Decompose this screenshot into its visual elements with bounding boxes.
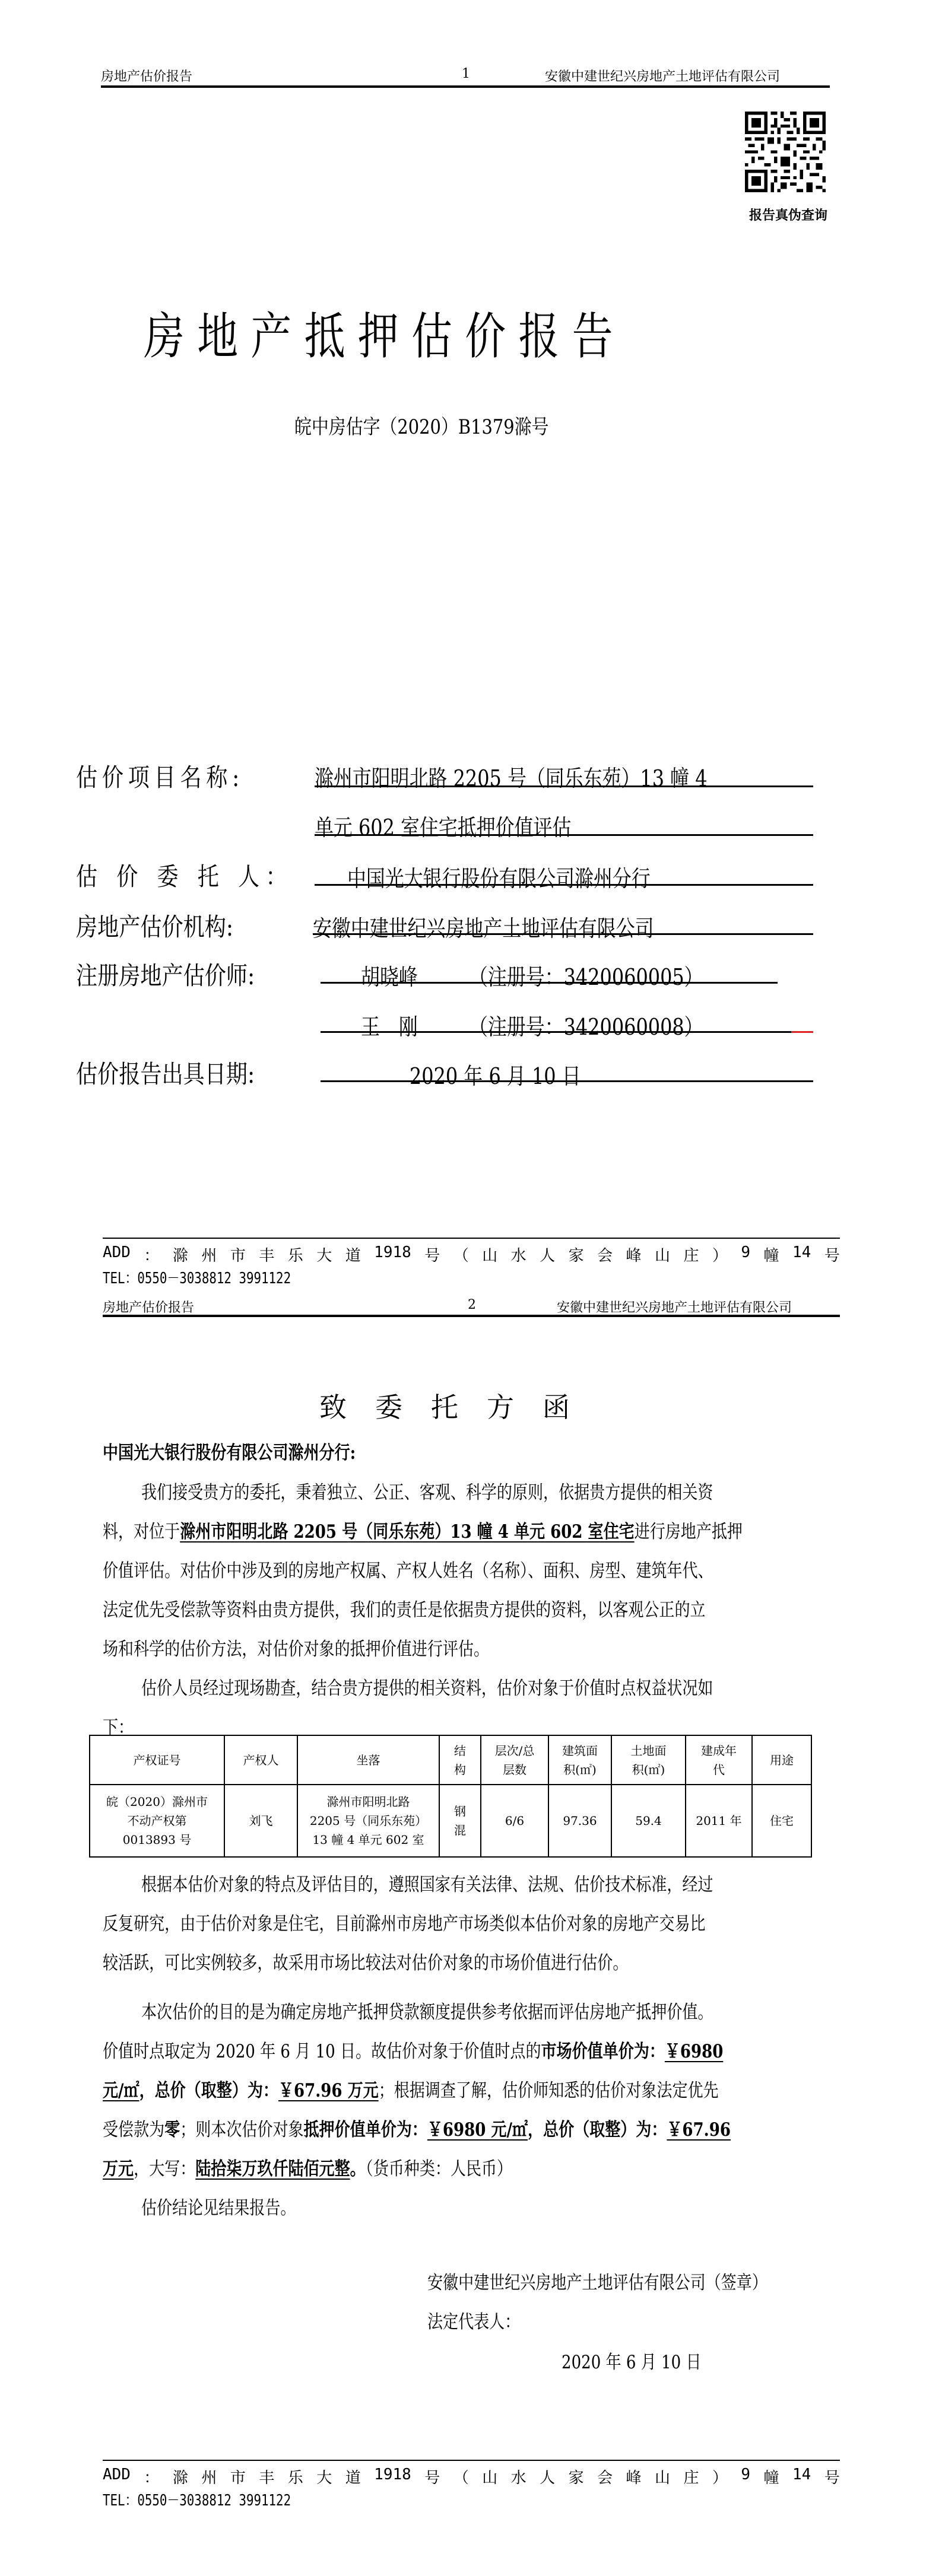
appraiser-2-reg: （注册号：3420060008） bbox=[469, 1009, 703, 1041]
red-mark bbox=[791, 1031, 813, 1033]
appraisers-label: 注册房地产估价师: bbox=[76, 956, 255, 992]
address-part: 市 bbox=[230, 2466, 246, 2488]
market-unit-price-value: ￥6980 bbox=[665, 2041, 724, 2062]
address-part: 家 bbox=[569, 2466, 584, 2488]
appraiser-2-underline bbox=[321, 1031, 791, 1033]
report-reference-number: 皖中房估字（2020）B1379滁号 bbox=[294, 411, 548, 440]
qr-code-icon[interactable] bbox=[745, 112, 826, 192]
address-part: 丰 bbox=[259, 2466, 274, 2488]
signature-company: 安徽中建世纪兴房地产土地评估有限公司（签章） bbox=[427, 2267, 767, 2294]
cell-location: 滁州市阳明北路 2205 号（同乐东苑） 13 幢 4 单元 602 室 bbox=[297, 1785, 439, 1857]
header-company: 安徽中建世纪兴房地产土地评估有限公司 bbox=[545, 66, 780, 85]
cell-land-area: 59.4 bbox=[611, 1785, 686, 1857]
text: ；则本次估价对象 bbox=[180, 2119, 303, 2141]
address-part: 滁 bbox=[173, 2466, 188, 2488]
col-header-usage: 用途 bbox=[752, 1735, 811, 1785]
report-date-underline bbox=[321, 1080, 813, 1082]
mortgage-total-unit: 万元 bbox=[103, 2158, 134, 2180]
cell-floor: 6/6 bbox=[481, 1785, 548, 1857]
address-part: 1918 bbox=[374, 1244, 411, 1265]
address-part: 峰 bbox=[626, 2466, 642, 2488]
address-part: 市 bbox=[230, 1244, 246, 1265]
text: 料，对位于 bbox=[103, 1521, 180, 1543]
para3-line2: 反复研究，由于估价对象是住宅，目前滁州市房地产市场类似本估价对象的房地产交易比 bbox=[103, 1909, 706, 1935]
header-left-title: 房地产估价报告 bbox=[101, 66, 192, 85]
mortgage-unit-price-value: ￥6980 元/㎡ bbox=[427, 2119, 528, 2141]
letter-title: 致委托方函 bbox=[319, 1386, 598, 1425]
col-header-cert-no: 产权证号 bbox=[90, 1735, 224, 1785]
address-part: 人 bbox=[540, 1244, 555, 1265]
address-part: ） bbox=[712, 2466, 728, 2488]
report-title: 房地产抵押估价报告 bbox=[144, 297, 626, 368]
project-name-value-line2: 单元 602 室住宅抵押价值评估 bbox=[315, 809, 571, 842]
address-part: 14 bbox=[792, 1244, 811, 1265]
para3-line3: 较活跃，可比实例较多，故采用市场比较法对估价对象的市场价值进行估价。 bbox=[103, 1948, 628, 1974]
cell-build-year: 2011 年 bbox=[686, 1785, 752, 1857]
para1-line3: 价值评估。对估价中涉及到的房地产权属、产权人姓名（名称）、面积、房型、建筑年代、 bbox=[103, 1556, 713, 1582]
client-label: 估 价 委 托 人： bbox=[76, 857, 293, 893]
para1-line1: 我们接受贵方的委托，秉着独立、公正、客观、科学的原则，依据贵方提供的相关资 bbox=[141, 1477, 713, 1504]
address-part: 会 bbox=[597, 2466, 613, 2488]
col-header-structure: 结 构 bbox=[439, 1735, 481, 1785]
appraiser-1-underline bbox=[321, 982, 778, 984]
client-value: 中国光大银行股份有限公司滁州分行 bbox=[347, 860, 651, 893]
address-part: 号 bbox=[824, 2466, 840, 2488]
project-name-underline-2 bbox=[315, 834, 813, 836]
cell-structure: 钢 混 bbox=[439, 1785, 481, 1857]
market-unit-price-label: 市场价值单价为： bbox=[541, 2041, 665, 2062]
col-header-location: 坐落 bbox=[297, 1735, 439, 1785]
project-name-label: 估价项目名称: bbox=[76, 758, 244, 794]
para1-line4: 法定优先受偿款等资料由贵方提供，我们的责任是依据贵方提供的资料，以客观公正的立 bbox=[103, 1595, 706, 1621]
header-page-number: 1 bbox=[462, 66, 470, 81]
col-header-land-area: 土地面 积(㎡) bbox=[611, 1735, 686, 1785]
address-part: 9 bbox=[741, 2466, 750, 2488]
address-part: ） bbox=[712, 1244, 728, 1265]
address-part: 幢 bbox=[764, 1244, 779, 1265]
col-header-floor: 层次/总 层数 bbox=[481, 1735, 548, 1785]
cell-owner: 刘飞 bbox=[224, 1785, 297, 1857]
letter-addressee: 中国光大银行股份有限公司滁州分行: bbox=[103, 1438, 356, 1464]
report-date-label: 估价报告出具日期: bbox=[76, 1055, 255, 1090]
address-part: ： bbox=[144, 1244, 159, 1265]
address-part: 滁 bbox=[173, 1244, 188, 1265]
property-address-emphasis: 滁州市阳明北路 2205 号（同乐东苑）13 幢 4 单元 602 室住宅 bbox=[180, 1521, 634, 1543]
para3-line1: 根据本估价对象的特点及评估目的，遵照国家有关法律、法规、估价技术标准，经过 bbox=[141, 1869, 713, 1896]
header-rule bbox=[101, 85, 830, 88]
agency-label: 房地产估价机构: bbox=[76, 908, 233, 943]
address-part: 山 bbox=[482, 2466, 497, 2488]
para4-line3: 元/㎡，总价（取整）为：￥67.96 万元；根据调查了解，估价师知悉的估价对象法… bbox=[103, 2075, 719, 2102]
col-header-build-year: 建成年 代 bbox=[686, 1735, 752, 1785]
address-part: 庄 bbox=[683, 2466, 699, 2488]
qr-caption: 报告真伪查询 bbox=[749, 205, 827, 224]
currency-note: （货币种类：人民币） bbox=[366, 2158, 512, 2180]
col-header-owner: 产权人 bbox=[224, 1735, 297, 1785]
address-part: ADD bbox=[103, 2466, 131, 2488]
priority-claim-value: 零 bbox=[164, 2119, 180, 2141]
market-total-label: ，总价（取整）为： bbox=[139, 2080, 278, 2101]
table-row: 皖（2020）滁州市 不动产权第 0013893 号 刘飞 滁州市阳明北路 22… bbox=[90, 1785, 811, 1857]
address-part: 家 bbox=[569, 1244, 584, 1265]
address-part: 道 bbox=[345, 2466, 361, 2488]
text: ，大写： bbox=[134, 2158, 195, 2180]
header-rule bbox=[103, 1315, 840, 1317]
text: 。 bbox=[350, 2158, 366, 2180]
para4-line2: 价值时点取定为 2020 年 6 月 10 日。故估价对象于价值时点的市场价值单… bbox=[103, 2036, 723, 2063]
para5: 估价结论见结果报告。 bbox=[141, 2193, 296, 2219]
text: 进行房地产抵押 bbox=[635, 1521, 743, 1543]
address-part: 号 bbox=[424, 1244, 440, 1265]
footer-address: ADD ： 滁 州 市 丰 乐 大 道 1918 号 （ 山 水 人 家 会 峰… bbox=[103, 2466, 840, 2488]
para2-line1: 估价人员经过现场勘查，结合贵方提供的相关资料，估价对象于价值时点权益状况如 bbox=[141, 1673, 713, 1700]
market-unit-price-unit: 元/㎡ bbox=[103, 2080, 139, 2101]
para4-line1: 本次估价的目的是为确定房地产抵押贷款额度提供参考依据而评估房地产抵押价值。 bbox=[141, 1997, 713, 2024]
market-total-value: ￥67.96 万元 bbox=[278, 2080, 379, 2101]
address-part: 州 bbox=[201, 1244, 217, 1265]
address-part: 山 bbox=[482, 1244, 497, 1265]
footer-rule bbox=[103, 1238, 840, 1239]
appraiser-1-name: 胡晓峰 bbox=[361, 959, 418, 991]
text: 价值时点取定为 2020 年 6 月 10 日。故估价对象于价值时点的 bbox=[103, 2041, 541, 2062]
project-name-value-line1: 滁州市阳明北路 2205 号（同乐东苑）13 幢 4 bbox=[315, 760, 708, 793]
para1-line5: 场和科学的估价方法，对估价对象的抵押价值进行评估。 bbox=[103, 1634, 489, 1661]
address-part: 会 bbox=[597, 1244, 613, 1265]
agency-underline bbox=[313, 933, 813, 935]
address-part: 1918 bbox=[374, 2466, 411, 2488]
appraiser-2-name: 王 刚 bbox=[361, 1009, 418, 1041]
address-part: 水 bbox=[511, 1244, 526, 1265]
project-name-underline-1 bbox=[315, 785, 813, 787]
address-part: 山 bbox=[655, 1244, 670, 1265]
address-part: 人 bbox=[540, 2466, 555, 2488]
address-part: 大 bbox=[316, 1244, 332, 1265]
address-part: 9 bbox=[741, 1244, 750, 1265]
header-left-title: 房地产估价报告 bbox=[103, 1297, 194, 1316]
header-page-number: 2 bbox=[468, 1297, 476, 1312]
address-part: 丰 bbox=[259, 1244, 274, 1265]
report-date-value: 2020 年 6 月 10 日 bbox=[410, 1058, 581, 1090]
table-header-row: 产权证号 产权人 坐落 结 构 层次/总 层数 建筑面 积(㎡) 土地面 积(㎡… bbox=[90, 1735, 811, 1785]
address-part: 峰 bbox=[626, 1244, 642, 1265]
para4-line5: 万元，大写：陆拾柒万玖仟陆佰元整。（货币种类：人民币） bbox=[103, 2154, 512, 2180]
address-part: 幢 bbox=[764, 2466, 779, 2488]
address-part: 乐 bbox=[288, 2466, 303, 2488]
address-part: 号 bbox=[824, 1244, 840, 1265]
address-part: （ bbox=[453, 2466, 469, 2488]
address-part: 州 bbox=[201, 2466, 217, 2488]
mortgage-total-value: ￥67.96 bbox=[667, 2119, 731, 2141]
agency-value: 安徽中建世纪兴房地产土地评估有限公司 bbox=[313, 910, 654, 943]
text: ；根据调查了解，估价师知悉的估价对象法定优先 bbox=[379, 2080, 719, 2101]
address-part: 乐 bbox=[288, 1244, 303, 1265]
address-part: 号 bbox=[424, 2466, 440, 2488]
address-part: 14 bbox=[792, 2466, 811, 2488]
client-underline bbox=[315, 884, 813, 886]
signature-date: 2020 年 6 月 10 日 bbox=[562, 2347, 701, 2374]
address-part: 庄 bbox=[683, 1244, 699, 1265]
cell-cert-no: 皖（2020）滁州市 不动产权第 0013893 号 bbox=[90, 1785, 224, 1857]
address-part: ： bbox=[144, 2466, 159, 2488]
property-rights-table: 产权证号 产权人 坐落 结 构 层次/总 层数 建筑面 积(㎡) 土地面 积(㎡… bbox=[89, 1735, 812, 1858]
header-company: 安徽中建世纪兴房地产土地评估有限公司 bbox=[557, 1297, 792, 1316]
cell-building-area: 97.36 bbox=[548, 1785, 611, 1857]
mortgage-total-label: ，总价（取整）为： bbox=[528, 2119, 667, 2141]
col-header-building-area: 建筑面 积(㎡) bbox=[548, 1735, 611, 1785]
address-part: 大 bbox=[316, 2466, 332, 2488]
footer-tel: TEL：0550－3038812 3991122 bbox=[103, 1266, 291, 1288]
address-part: 道 bbox=[345, 1244, 361, 1265]
para1-line2: 料，对位于滁州市阳明北路 2205 号（同乐东苑）13 幢 4 单元 602 室… bbox=[103, 1516, 743, 1543]
mortgage-unit-price-label: 抵押价值单价为： bbox=[304, 2119, 427, 2141]
address-part: 山 bbox=[655, 2466, 670, 2488]
text: 受偿款为 bbox=[103, 2119, 164, 2141]
address-part: ADD bbox=[103, 1244, 131, 1265]
footer-address: ADD ： 滁 州 市 丰 乐 大 道 1918 号 （ 山 水 人 家 会 峰… bbox=[103, 1244, 840, 1265]
address-part: （ bbox=[453, 1244, 469, 1265]
address-part: 水 bbox=[511, 2466, 526, 2488]
appraiser-1-reg: （注册号：3420060005） bbox=[469, 959, 703, 991]
footer-tel: TEL：0550－3038812 3991122 bbox=[103, 2488, 291, 2510]
amount-in-words: 陆拾柒万玖仟陆佰元整 bbox=[195, 2158, 350, 2180]
footer-rule bbox=[103, 2460, 840, 2461]
para4-line4: 受偿款为零；则本次估价对象抵押价值单价为：￥6980 元/㎡，总价（取整）为：￥… bbox=[103, 2114, 731, 2141]
cell-usage: 住宅 bbox=[752, 1785, 811, 1857]
signature-representative: 法定代表人： bbox=[427, 2307, 520, 2333]
